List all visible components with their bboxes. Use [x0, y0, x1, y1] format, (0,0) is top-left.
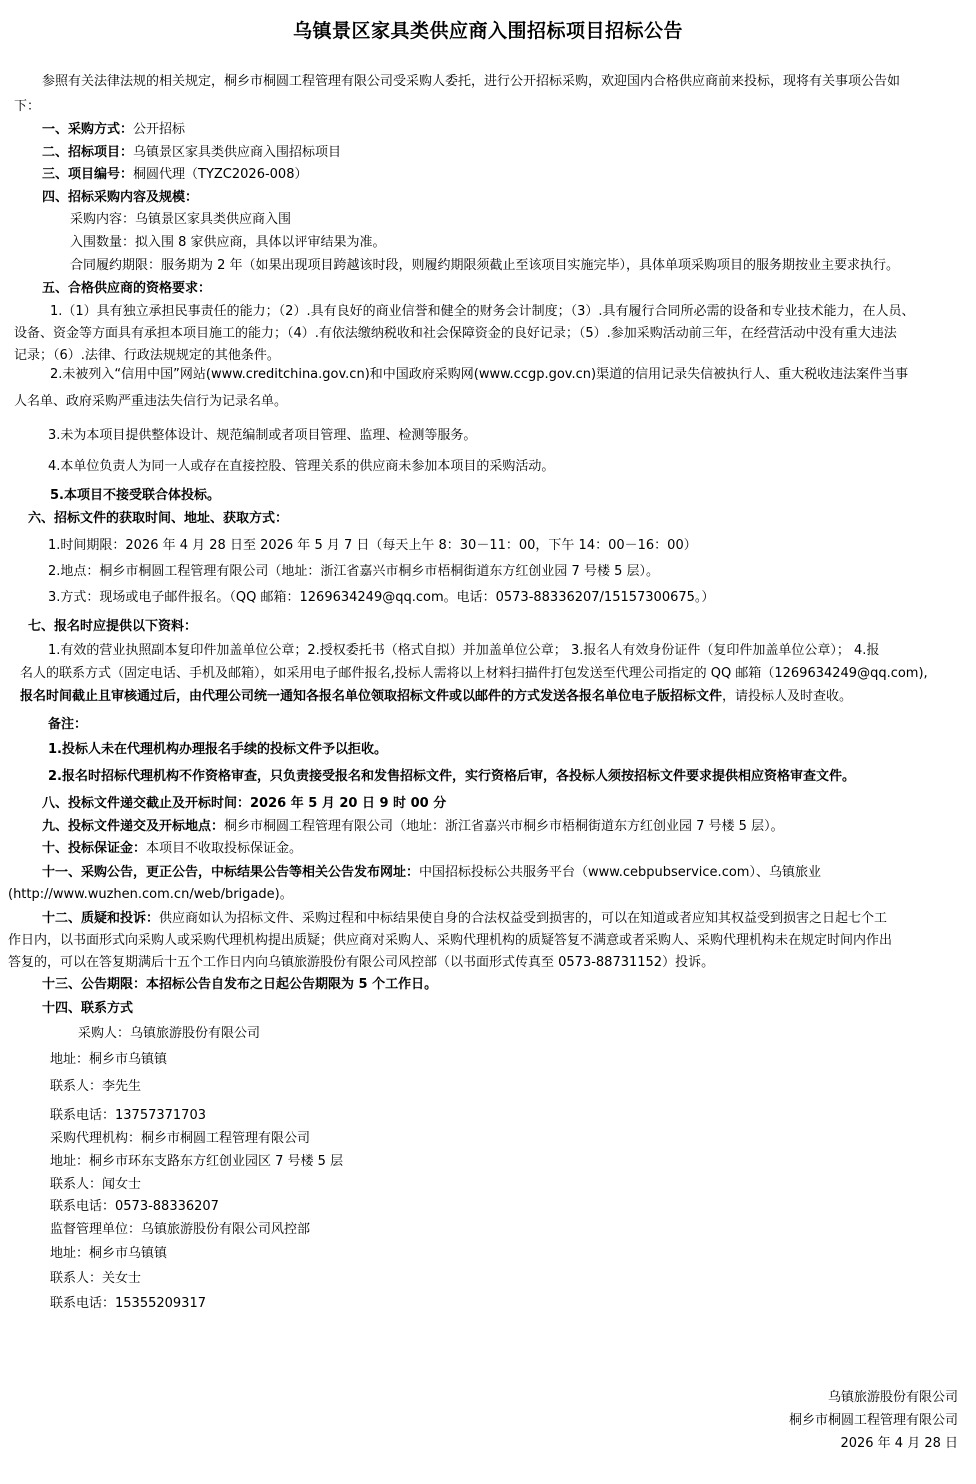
contact-purchaser-address: 地址：桐乡市乌镇镇 — [50, 1052, 167, 1068]
section-11-value: 中国招标投标公共服务平台（www.cebpubservice.com）、乌镇旅业 — [419, 865, 821, 880]
contact-agency-phone: 联系电话：0573-88336207 — [50, 1199, 219, 1215]
section-4-period: 合同履约期限：服务期为 2 年（如果出现项目跨越该时段，则履约期限须截止至该项目… — [70, 258, 899, 274]
section-4-quantity: 入围数量：拟入围 8 家供应商，具体以评审结果为准。 — [70, 235, 386, 251]
section-3-value: 桐圆代理（TYZC2026-008） — [133, 167, 307, 182]
section-5-item2-line1: 2.未被列入“信用中国”网站(www.creditchina.gov.cn)和中… — [50, 367, 908, 383]
section-9-value: 桐乡市桐圆工程管理有限公司（地址：浙江省嘉兴市桐乡市梧桐街道东方红创业园 7 号… — [224, 819, 784, 834]
section-5-item1-line3: 记录；（6）.法律、行政法规规定的其他条件。 — [14, 348, 280, 364]
signature-org-1: 乌镇旅游股份有限公司 — [828, 1390, 958, 1406]
signature-org-2: 桐乡市桐圆工程管理有限公司 — [789, 1413, 958, 1429]
section-5-item2-line2: 人名单、政府采购严重违法失信行为记录名单。 — [14, 394, 287, 410]
section-1: 一、采购方式：公开招标 — [42, 122, 185, 138]
section-12-value: 供应商如认为招标文件、采购过程和中标结果使自身的合法权益受到损害的，可以在知道或… — [159, 911, 887, 926]
contact-agency-address: 地址：桐乡市环东支路东方红创业园区 7 号楼 5 层 — [50, 1154, 343, 1170]
section-6-item2: 2.地点：桐乡市桐圆工程管理有限公司（地址：浙江省嘉兴市桐乡市梧桐街道东方红创业… — [48, 564, 659, 580]
contact-purchaser-person: 联系人：李先生 — [50, 1079, 141, 1095]
section-12-line3: 答复的，可以在答复期满后十五个工作日内向乌镇旅游股份有限公司风控部（以书面形式传… — [8, 955, 714, 971]
section-8-heading: 八、投标文件递交截止及开标时间： — [42, 796, 250, 811]
section-8: 八、投标文件递交截止及开标时间：2026 年 5 月 20 日 9 时 00 分 — [42, 796, 446, 812]
section-6-item1: 1.时间期限：2026 年 4 月 28 日至 2026 年 5 月 7 日（每… — [48, 538, 697, 554]
section-12-heading: 十二、质疑和投诉： — [42, 911, 159, 926]
section-2-heading: 二、招标项目： — [42, 145, 133, 160]
contact-supervisor: 监督管理单位：乌镇旅游股份有限公司风控部 — [50, 1222, 310, 1238]
signature-date: 2026 年 4 月 28 日 — [840, 1436, 958, 1452]
section-8-value: 2026 年 5 月 20 日 9 时 00 分 — [250, 796, 446, 811]
section-5-item3: 3.未为本项目提供整体设计、规范编制或者项目管理、监理、检测等服务。 — [48, 428, 476, 444]
note-1: 1.投标人未在代理机构办理报名手续的投标文件予以拒收。 — [48, 742, 387, 758]
section-7-line1: 1.有效的营业执照副本复印件加盖单位公章；2.授权委托书（格式自拟）并加盖单位公… — [48, 643, 879, 659]
section-7-heading: 七、报名时应提供以下资料： — [28, 619, 197, 635]
section-5-item5: 5.本项目不接受联合体投标。 — [50, 488, 220, 504]
section-6-item3: 3.方式：现场或电子邮件报名。（QQ 邮箱：1269634249@qq.com。… — [48, 590, 714, 606]
section-10: 十、投标保证金：本项目不收取投标保证金。 — [42, 841, 302, 857]
section-10-heading: 十、投标保证金： — [42, 841, 146, 856]
contact-supervisor-person: 联系人：关女士 — [50, 1271, 141, 1287]
section-7-line3-rest: ，请投标人及时查收。 — [722, 689, 852, 704]
note-2: 2.报名时招标代理机构不作资格审查，只负责接受报名和发售招标文件，实行资格后审，… — [48, 769, 855, 785]
section-13: 十三、公告期限：本招标公告自发布之日起公告期限为 5 个工作日。 — [42, 977, 437, 993]
section-5-item4: 4.本单位负责人为同一人或存在直接控股、管理关系的供应商未参加本项目的采购活动。 — [48, 459, 554, 475]
section-7-line3: 报名时间截止且审核通过后，由代理公司统一通知各报名单位领取招标文件或以邮件的方式… — [20, 689, 852, 705]
section-6-heading: 六、招标文件的获取时间、地址、获取方式： — [28, 511, 288, 527]
contact-supervisor-phone: 联系电话：15355209317 — [50, 1296, 206, 1312]
section-2-value: 乌镇景区家具类供应商入围招标项目 — [133, 145, 341, 160]
page-title: 乌镇景区家具类供应商入围招标项目招标公告 — [0, 16, 976, 43]
section-2: 二、招标项目：乌镇景区家具类供应商入围招标项目 — [42, 145, 341, 161]
section-9: 九、投标文件递交及开标地点：桐乡市桐圆工程管理有限公司（地址：浙江省嘉兴市桐乡市… — [42, 819, 784, 835]
section-12-line1: 十二、质疑和投诉：供应商如认为招标文件、采购过程和中标结果使自身的合法权益受到损… — [42, 911, 887, 927]
section-13-value: 本招标公告自发布之日起公告期限为 5 个工作日。 — [146, 977, 437, 992]
section-3: 三、项目编号：桐圆代理（TYZC2026-008） — [42, 167, 307, 183]
section-1-heading: 一、采购方式： — [42, 122, 133, 137]
section-3-heading: 三、项目编号： — [42, 167, 133, 182]
contact-purchaser: 采购人：乌镇旅游股份有限公司 — [78, 1026, 260, 1042]
section-7-line3-bold: 报名时间截止且审核通过后，由代理公司统一通知各报名单位领取招标文件或以邮件的方式… — [20, 689, 722, 704]
contact-agency-person: 联系人：闻女士 — [50, 1177, 141, 1193]
section-10-value: 本项目不收取投标保证金。 — [146, 841, 302, 856]
section-9-heading: 九、投标文件递交及开标地点： — [42, 819, 224, 834]
contact-agency: 采购代理机构：桐乡市桐圆工程管理有限公司 — [50, 1131, 310, 1147]
note-label: 备注： — [48, 717, 87, 733]
section-5-item1-line1: 1.（1）具有独立承担民事责任的能力；（2）.具有良好的商业信誉和健全的财务会计… — [50, 304, 914, 320]
section-11-line2: (http://www.wuzhen.com.cn/web/brigade)。 — [8, 887, 293, 903]
intro-line-1: 参照有关法律法规的相关规定，桐乡市桐圆工程管理有限公司受采购人委托，进行公开招标… — [42, 74, 900, 90]
contact-purchaser-phone: 联系电话：13757371703 — [50, 1108, 206, 1124]
section-12-line2: 作日内，以书面形式向采购人或采购代理机构提出质疑；供应商对采购人、采购代理机构的… — [8, 933, 892, 949]
section-11-line1: 十一、采购公告，更正公告，中标结果公告等相关公告发布网址：中国招标投标公共服务平… — [42, 865, 821, 881]
section-4-content: 采购内容：乌镇景区家具类供应商入围 — [70, 212, 291, 228]
section-14-heading: 十四、联系方式 — [42, 1001, 133, 1017]
section-7-line2: 名人的联系方式（固定电话、手机及邮箱），如采用电子邮件报名,投标人需将以上材料扫… — [20, 666, 928, 682]
section-5-heading: 五、合格供应商的资格要求： — [42, 281, 211, 297]
section-11-heading: 十一、采购公告，更正公告，中标结果公告等相关公告发布网址： — [42, 865, 419, 880]
section-13-heading: 十三、公告期限： — [42, 977, 146, 992]
section-4-heading: 四、招标采购内容及规模： — [42, 190, 198, 206]
section-5-item1-line2: 设备、资金等方面具有承担本项目施工的能力；（4）.有依法缴纳税收和社会保障资金的… — [14, 326, 897, 342]
contact-supervisor-address: 地址：桐乡市乌镇镇 — [50, 1246, 167, 1262]
section-1-value: 公开招标 — [133, 122, 185, 137]
intro-line-2: 下： — [14, 99, 40, 115]
